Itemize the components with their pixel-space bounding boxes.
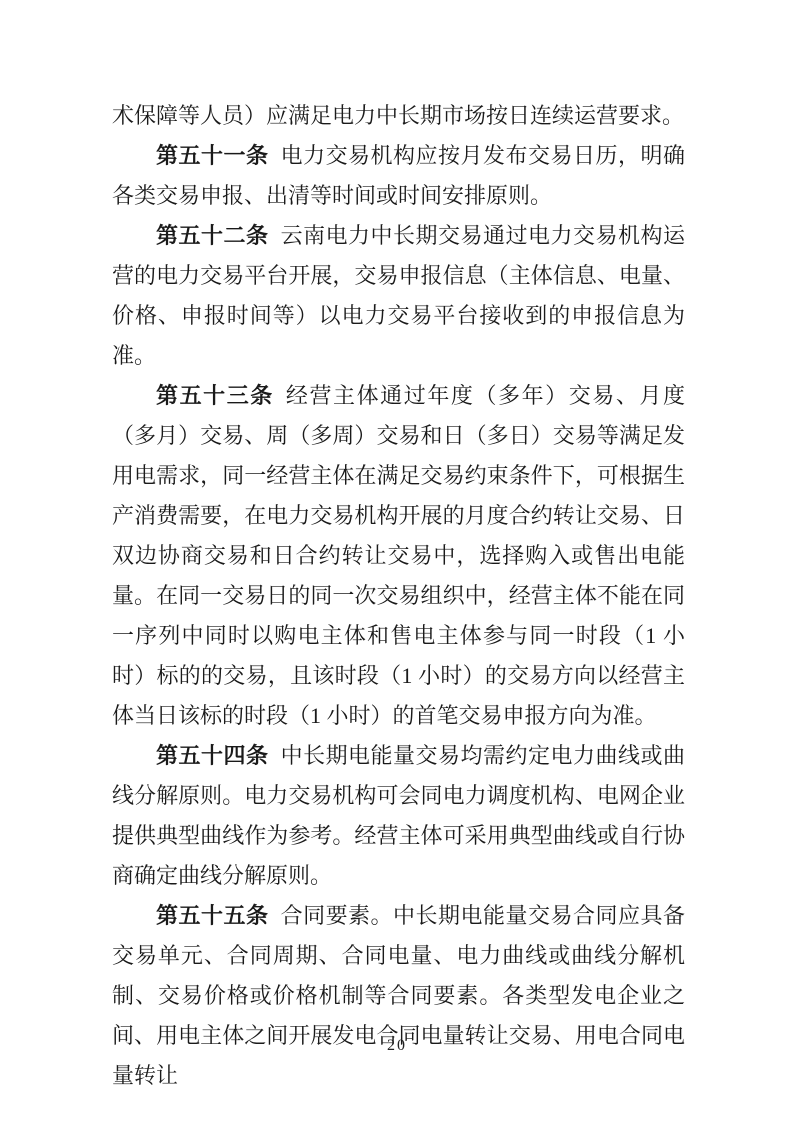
paragraph: 第五十二条云南电力中长期交易通过电力交易机构运营的电力交易平台开展，交易申报信息… [112,216,685,376]
paragraph: 术保障等人员）应满足电力中长期市场按日连续运营要求。 [112,96,685,136]
article-heading: 第五十二条 [156,223,268,248]
document-body: 术保障等人员）应满足电力中长期市场按日连续运营要求。 第五十一条电力交易机构应按… [112,96,685,1096]
paragraph: 第五十三条经营主体通过年度（多年）交易、月度（多月）交易、周（多周）交易和日（多… [112,376,685,736]
document-page: 术保障等人员）应满足电力中长期市场按日连续运营要求。 第五十一条电力交易机构应按… [0,0,794,1123]
paragraph: 第五十一条电力交易机构应按月发布交易日历，明确各类交易申报、出清等时间或时间安排… [112,136,685,216]
page-number: 20 [387,1037,407,1054]
paragraph-text: 合同要素。中长期电能量交易合同应具备交易单元、合同周期、合同电量、电力曲线或曲线… [112,903,685,1088]
article-heading: 第五十一条 [156,143,268,168]
article-heading: 第五十三条 [156,383,274,408]
paragraph-text: 术保障等人员）应满足电力中长期市场按日连续运营要求。 [112,103,684,128]
page-footer: 20 [0,1037,794,1055]
article-heading: 第五十五条 [156,903,268,928]
paragraph-text: 经营主体通过年度（多年）交易、月度（多月）交易、周（多周）交易和日（多日）交易等… [112,383,685,728]
article-heading: 第五十四条 [156,743,268,768]
paragraph: 第五十四条中长期电能量交易均需约定电力曲线或曲线分解原则。电力交易机构可会同电力… [112,736,685,896]
paragraph: 第五十五条合同要素。中长期电能量交易合同应具备交易单元、合同周期、合同电量、电力… [112,896,685,1096]
